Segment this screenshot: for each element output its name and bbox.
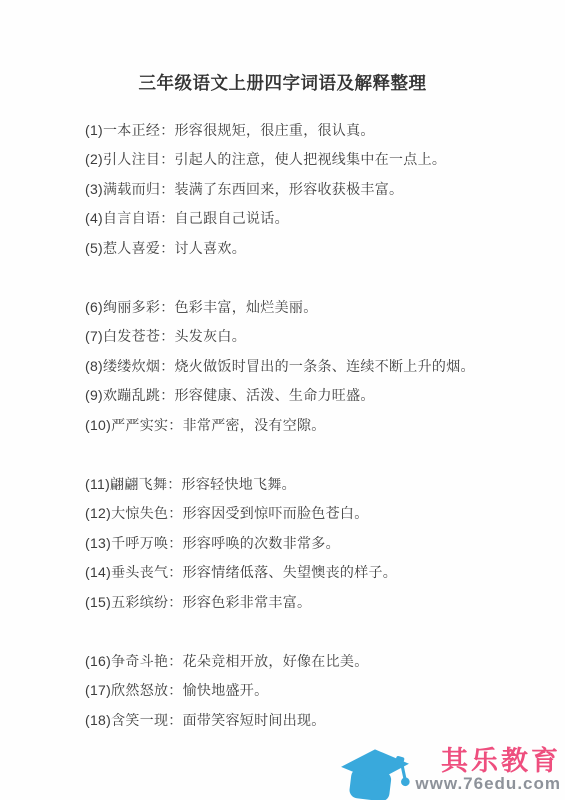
list-item: (7)白发苍苍：头发灰白。	[85, 322, 525, 352]
list-item: (2)引人注目：引起人的注意，使人把视线集中在一点上。	[85, 145, 525, 175]
list-item: (4)自言自语：自己跟自己说话。	[85, 204, 525, 234]
list-item: (16)争奇斗艳：花朵竞相开放，好像在比美。	[85, 647, 525, 677]
list-item: (13)千呼万唤：形容呼唤的次数非常多。	[85, 529, 525, 559]
list-item: (3)满载而归：装满了东西回来，形容收获极丰富。	[85, 175, 525, 205]
page-title: 三年级语文上册四字词语及解释整理	[0, 0, 565, 95]
word-list: (1)一本正经：形容很规矩，很庄重，很认真。(2)引人注目：引起人的注意，使人把…	[0, 116, 565, 736]
word-group: (16)争奇斗艳：花朵竞相开放，好像在比美。(17)欣然怒放：愉快地盛开。(18…	[85, 647, 525, 736]
list-item: (18)含笑一现：面带笑容短时间出现。	[85, 706, 525, 736]
graduation-cap-icon	[339, 742, 415, 800]
list-item: (14)垂头丧气：形容情绪低落、失望懊丧的样子。	[85, 558, 525, 588]
list-item: (12)大惊失色：形容因受到惊吓而脸色苍白。	[85, 499, 525, 529]
brand-url: www.76edu.com	[415, 775, 561, 794]
list-item: (9)欢蹦乱跳：形容健康、活泼、生命力旺盛。	[85, 381, 525, 411]
word-group: (11)翩翩飞舞：形容轻快地飞舞。(12)大惊失色：形容因受到惊吓而脸色苍白。(…	[85, 470, 525, 618]
word-group: (1)一本正经：形容很规矩，很庄重，很认真。(2)引人注目：引起人的注意，使人把…	[85, 116, 525, 264]
list-item: (8)缕缕炊烟：烧火做饭时冒出的一条条、连续不断上升的烟。	[85, 352, 525, 382]
list-item: (10)严严实实：非常严密，没有空隙。	[85, 411, 525, 441]
brand-name: 其乐教育	[441, 747, 561, 775]
list-item: (1)一本正经：形容很规矩，很庄重，很认真。	[85, 116, 525, 146]
list-item: (5)惹人喜爱：讨人喜欢。	[85, 234, 525, 264]
list-item: (11)翩翩飞舞：形容轻快地飞舞。	[85, 470, 525, 500]
word-group: (6)绚丽多彩：色彩丰富，灿烂美丽。(7)白发苍苍：头发灰白。(8)缕缕炊烟：烧…	[85, 293, 525, 441]
list-item: (6)绚丽多彩：色彩丰富，灿烂美丽。	[85, 293, 525, 323]
worksheet-page: 三年级语文上册四字词语及解释整理 (1)一本正经：形容很规矩，很庄重，很认真。(…	[0, 0, 565, 800]
logo-text: 其乐教育 www.76edu.com	[415, 747, 561, 800]
list-item: (15)五彩缤纷：形容色彩非常丰富。	[85, 588, 525, 618]
brand-logo: 其乐教育 www.76edu.com	[339, 742, 561, 800]
list-item: (17)欣然怒放：愉快地盛开。	[85, 676, 525, 706]
